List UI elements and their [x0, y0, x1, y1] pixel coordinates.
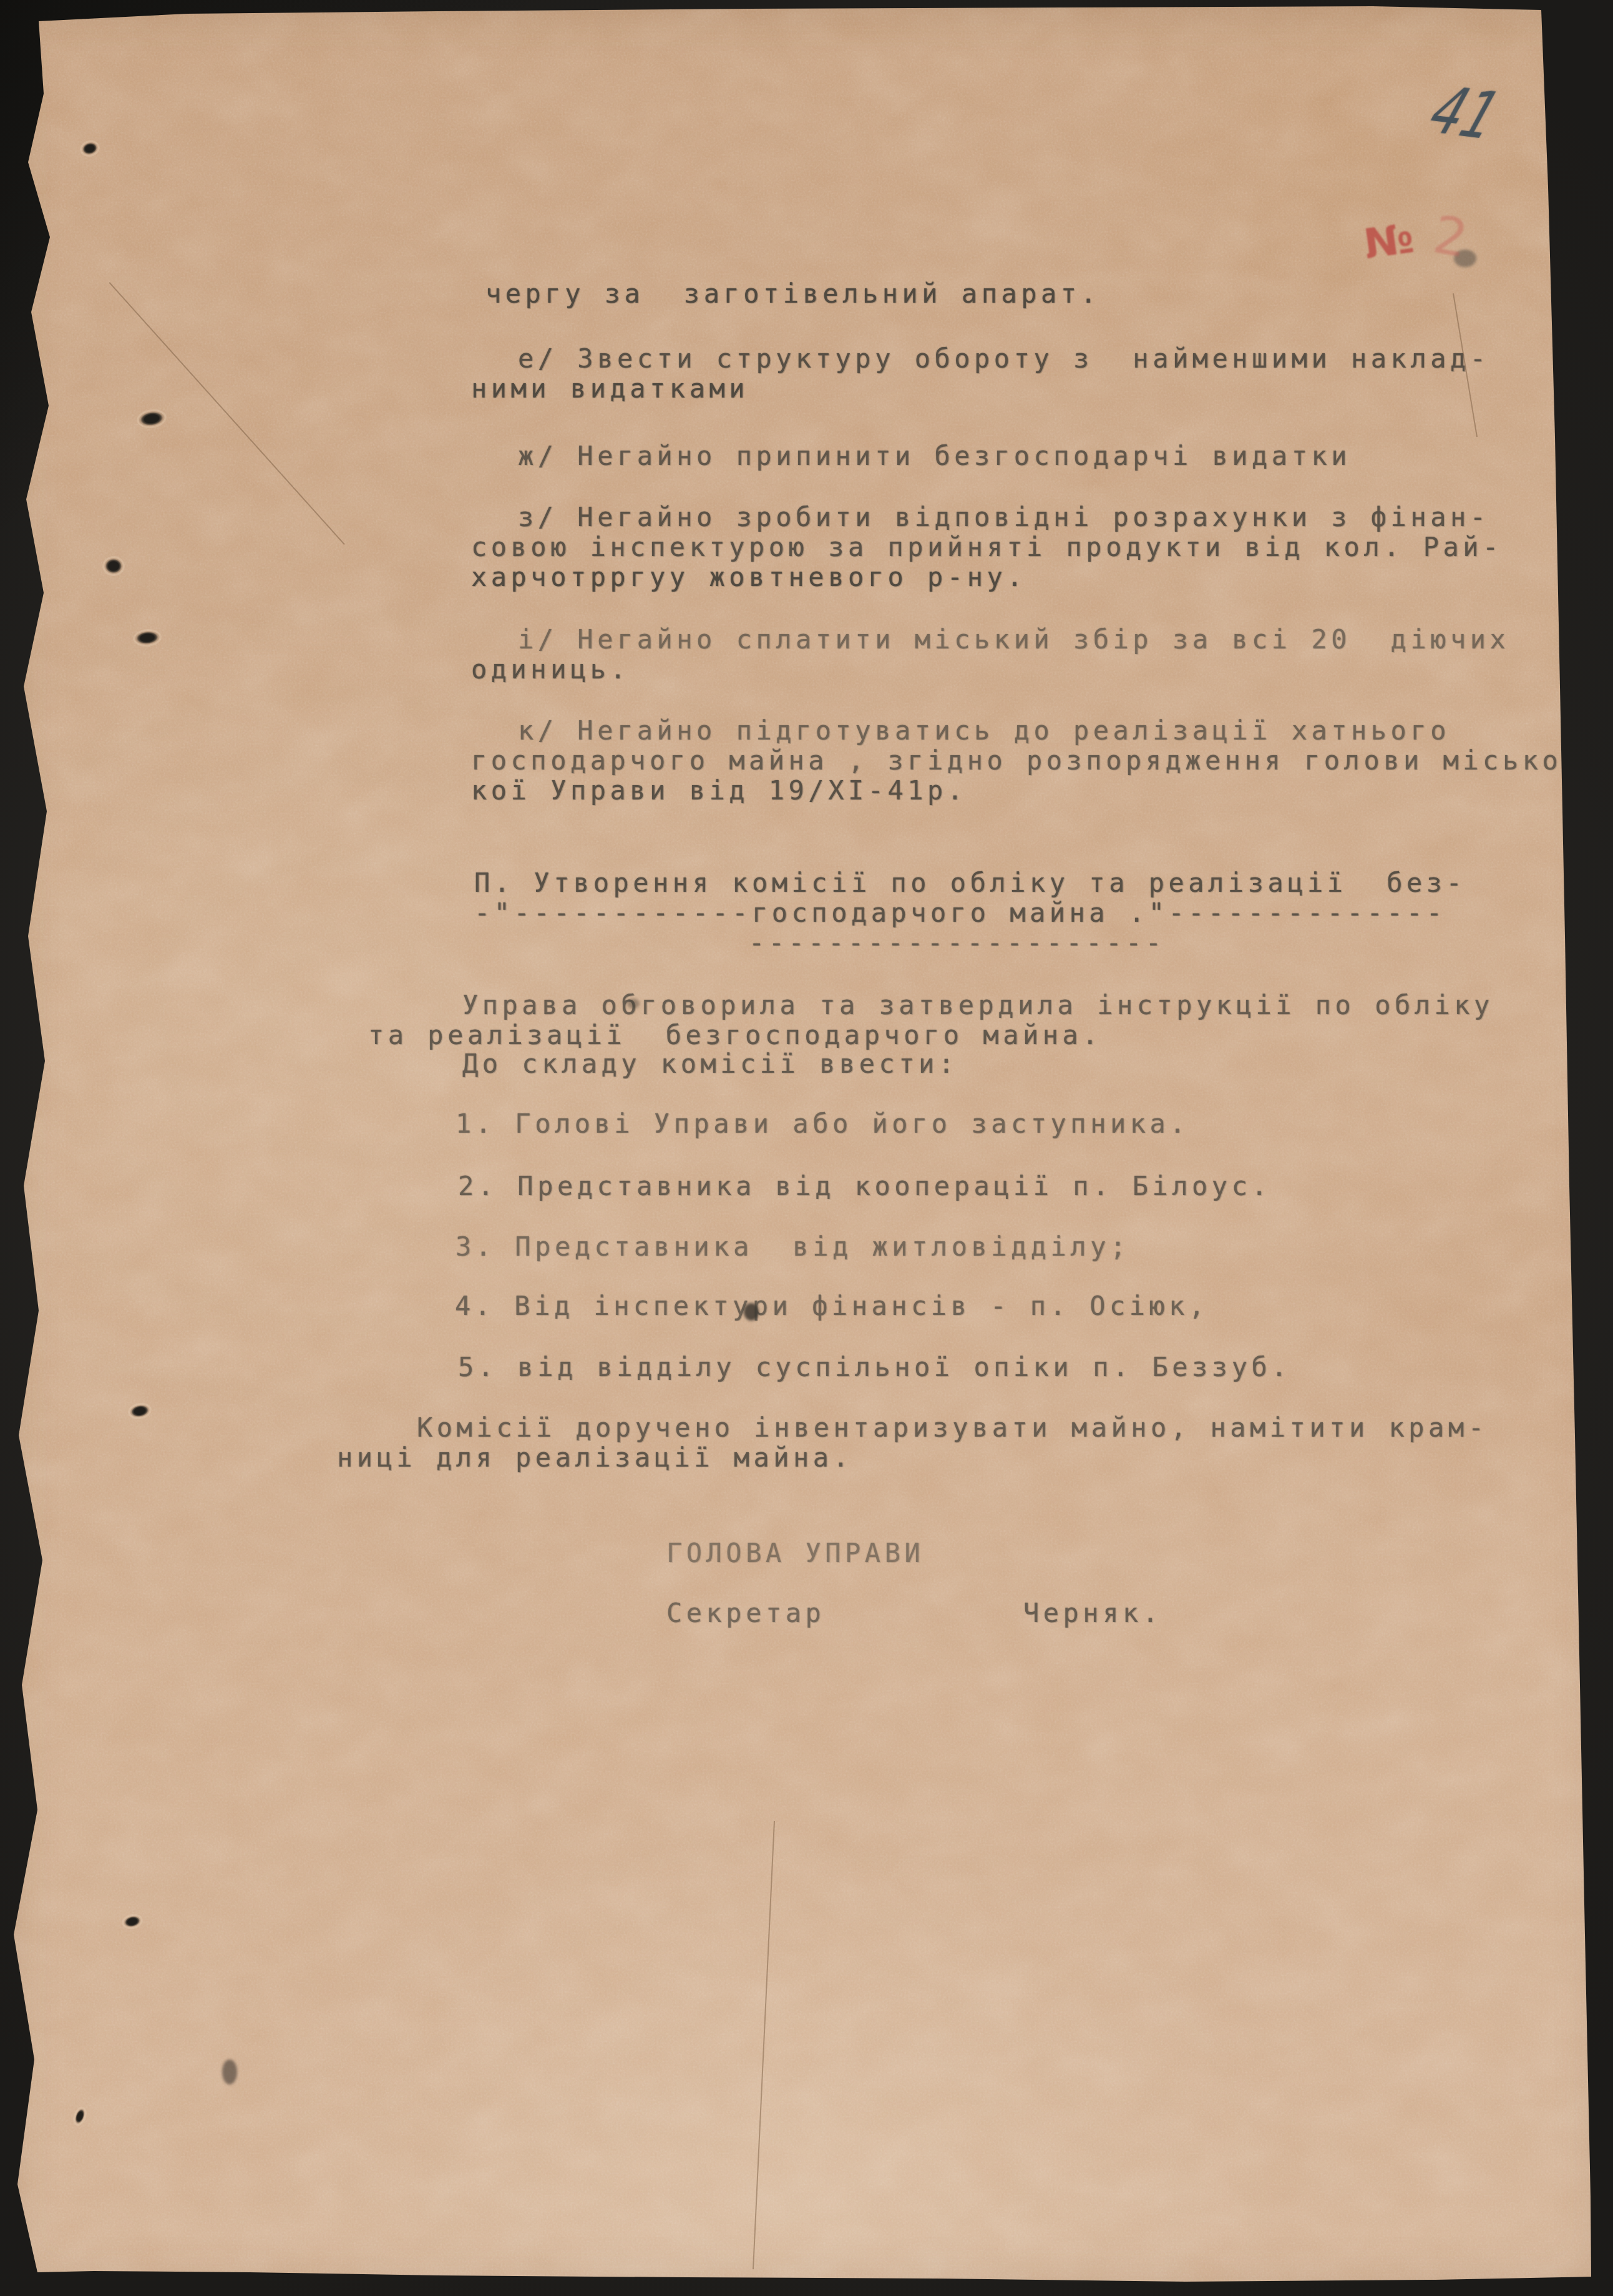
- typed-line: харчотрргуу жовтневого р-ну.: [471, 563, 1026, 592]
- typed-line: 3. Представника від житловідділу;: [456, 1233, 1130, 1261]
- typed-line: одиниць.: [471, 655, 630, 684]
- typed-line: совою інспектурою за прийняті продукти в…: [471, 533, 1503, 562]
- typed-line: ---------------------: [749, 929, 1166, 957]
- typed-line: 4. Від інспектури фінансів - п. Осіюк,: [455, 1292, 1209, 1321]
- typed-line: До складу комісії ввести:: [462, 1050, 958, 1078]
- typed-line: господарчого майна , згідно розпорядженн…: [471, 746, 1562, 775]
- typed-line: та реалізації безгосподарчого майна.: [368, 1021, 1102, 1050]
- typed-line: 1. Голові Управи або його заступника.: [456, 1110, 1189, 1138]
- typed-line: к/ Негайно підготуватись до реалізації х…: [518, 716, 1450, 745]
- typed-text-layer: чергу за заготівельний апарат.е/ Звести …: [0, 0, 1613, 2296]
- red-numero-sign: №: [1361, 214, 1416, 268]
- typed-line: Комісії доручено інвентаризувати майно, …: [417, 1414, 1488, 1442]
- typed-line: 5. від відділу суспільної опіки п. Беззу…: [458, 1353, 1291, 1382]
- typed-line: чергу за заготівельний апарат.: [485, 280, 1100, 308]
- typed-line: ГОЛОВА УПРАВИ: [666, 1539, 924, 1568]
- typed-line: Черняк.: [1023, 1599, 1162, 1628]
- typed-line: П. Утворення комісії по обліку та реаліз…: [474, 869, 1466, 897]
- document-page: чергу за заготівельний апарат.е/ Звести …: [0, 0, 1613, 2296]
- typed-line: і/ Негайно сплатити міський збір за всі …: [518, 625, 1509, 654]
- typed-line: Управа обговорила та затвердила інструкц…: [462, 991, 1494, 1020]
- typed-line: е/ Звести структуру обороту з найменшими…: [518, 344, 1490, 373]
- typed-line: 2. Представника від кооперації п. Білоус…: [458, 1172, 1271, 1201]
- typed-line: з/ Негайно зробити відповідні розрахунки…: [518, 503, 1490, 532]
- typed-line: Секретар: [666, 1599, 825, 1628]
- typed-line: ж/ Негайно припинити безгосподарчі видат…: [518, 442, 1351, 471]
- typed-line: ниці для реалізації майна.: [337, 1444, 852, 1472]
- typed-line: -"------------господарчого майна ."-----…: [474, 899, 1446, 927]
- typed-line: ними видатками: [471, 374, 749, 403]
- typed-line: кої Управи від 19/ХІ-41р.: [471, 776, 967, 805]
